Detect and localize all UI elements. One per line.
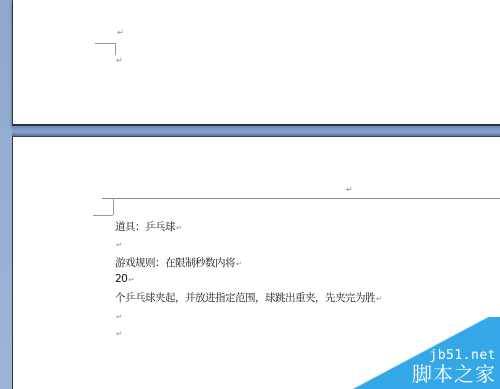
paragraph-mark: ↵ bbox=[176, 224, 181, 232]
paragraph-mark: ↵ bbox=[116, 330, 121, 338]
paragraph-mark: ↵ bbox=[117, 29, 124, 37]
document-line[interactable]: 道具：乒乓球↵ bbox=[115, 219, 181, 234]
margin-corner-h bbox=[93, 215, 113, 216]
line-text: 20 bbox=[115, 273, 127, 285]
paragraph-mark: ↵ bbox=[116, 241, 121, 249]
document-line[interactable]: 游戏规则：在限制秒数内将↵ bbox=[115, 255, 241, 270]
header-paragraph-mark: ↵ bbox=[346, 186, 353, 194]
watermark: jb51.net 脚本之家 bbox=[350, 317, 500, 389]
document-line[interactable]: 20↵ bbox=[115, 273, 134, 285]
paragraph-mark: ↵ bbox=[236, 260, 241, 268]
page-gap bbox=[12, 126, 500, 136]
watermark-name: 脚本之家 bbox=[412, 358, 496, 387]
header-border-line bbox=[102, 198, 500, 199]
margin-corner-h bbox=[95, 43, 115, 44]
paragraph-mark: ↵ bbox=[116, 57, 123, 65]
document-line[interactable]: 个乒乓球夹起，并放进指定范围，球跳出重夹，先夹完为胜↵ bbox=[115, 290, 381, 305]
margin-corner-v bbox=[115, 43, 116, 55]
paragraph-mark: ↵ bbox=[128, 276, 133, 284]
line-text: 个乒乓球夹起，并放进指定范围，球跳出重夹，先夹完为胜 bbox=[115, 292, 375, 304]
document-line[interactable]: ↵ bbox=[115, 238, 121, 250]
line-text: 游戏规则：在限制秒数内将 bbox=[115, 257, 235, 269]
line-text: 道具：乒乓球 bbox=[115, 221, 175, 233]
document-line[interactable]: ↵ bbox=[115, 310, 121, 322]
paragraph-mark: ↵ bbox=[376, 295, 381, 303]
margin-corner-v bbox=[113, 198, 114, 215]
paragraph-mark: ↵ bbox=[116, 313, 121, 321]
document-line[interactable]: ↵ bbox=[115, 327, 121, 339]
document-page-1[interactable]: ↵ ↵ bbox=[12, 0, 500, 126]
